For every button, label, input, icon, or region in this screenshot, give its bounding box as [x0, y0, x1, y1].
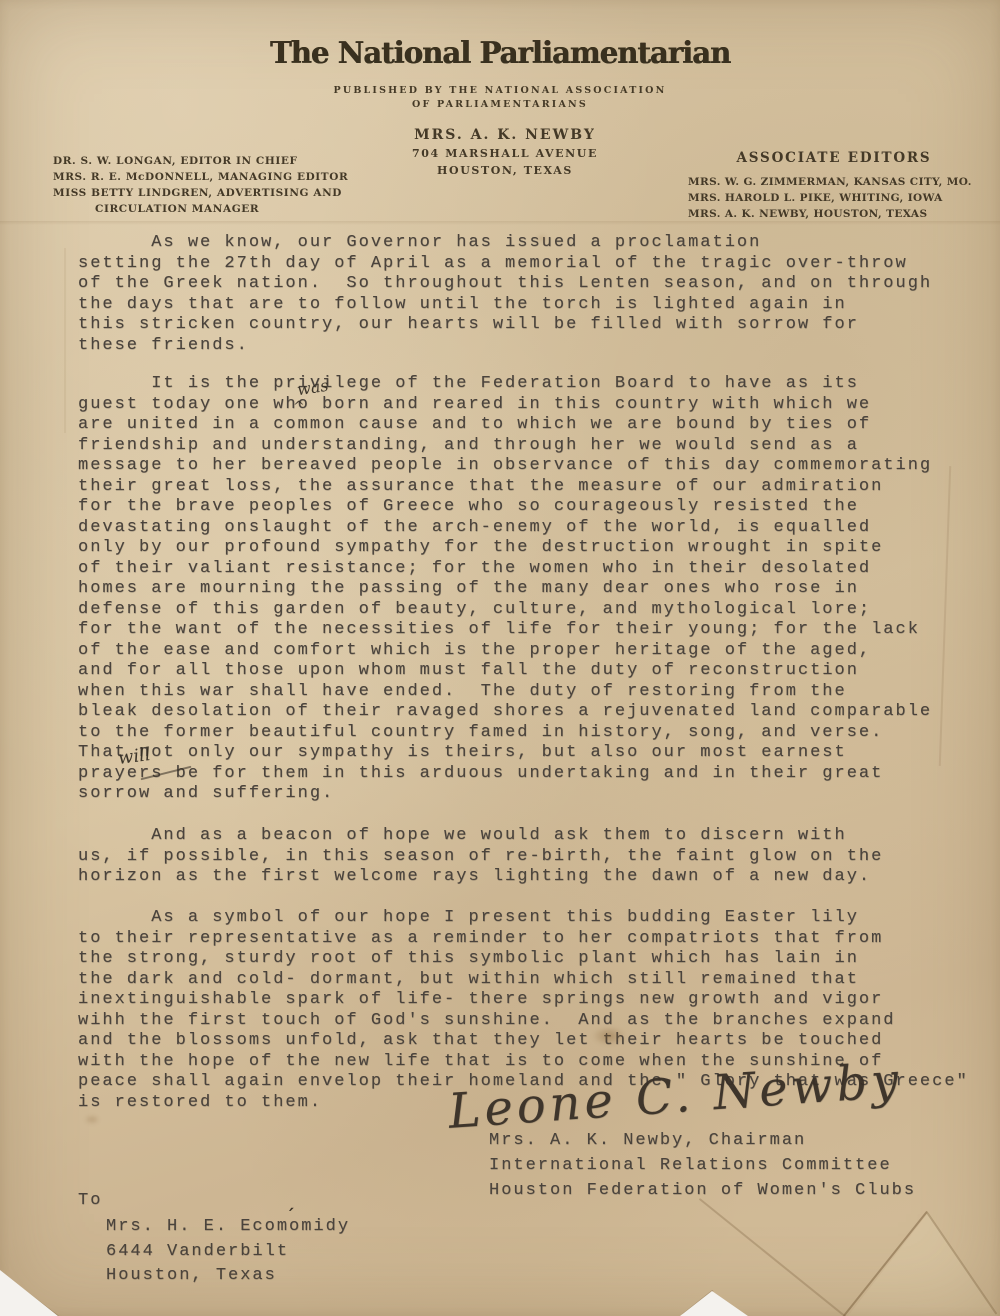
fold-crease-line [926, 1212, 997, 1315]
recipient-label: To [78, 1191, 102, 1212]
publisher-name: MRS. A. K. NEWBY [375, 127, 635, 143]
publisher-address: 704 MARSHALL AVENUE [375, 147, 635, 160]
publication-title: The National Parliamentarian [15, 36, 985, 71]
publication-subtitle-line1: PUBLISHED BY THE NATIONAL ASSOCIATION [0, 85, 1000, 96]
torn-edge-shadow-middle [682, 1290, 714, 1316]
managing-editor: MRS. R. E. McDONNELL, MANAGING EDITOR [53, 169, 353, 185]
associate-editor-2: MRS. HAROLD L. PIKE, WHITING, IOWA [688, 190, 980, 206]
recipient-address-block: Mrs. H. E. Ecomomidy 6444 Vanderbilt Hou… [106, 1215, 350, 1289]
editor-in-chief: DR. S. W. LONGAN, EDITOR IN CHIEF [53, 153, 353, 169]
publication-subtitle-line2: OF PARLIAMENTARIANS [0, 99, 1000, 110]
insertion-caret: ^ [293, 399, 305, 415]
publisher-city: HOUSTON, TEXAS [375, 164, 635, 177]
associate-editors-heading: ASSOCIATE EDITORS [688, 150, 980, 166]
letter-paper-sheet: The National Parliamentarian PUBLISHED B… [0, 0, 1000, 1316]
paper-stain [84, 1114, 100, 1125]
publisher-block: MRS. A. K. NEWBY 704 MARSHALL AVENUE HOU… [375, 127, 635, 177]
torn-edge-shadow-left [0, 1271, 59, 1316]
fold-crease-line [843, 1211, 928, 1316]
associate-editor-3: MRS. A. K. NEWBY, HOUSTON, TEXAS [688, 206, 980, 222]
body-paragraph-3: And as a beacon of hope we would ask the… [78, 826, 883, 888]
handwritten-insert-will: will [117, 744, 152, 769]
body-paragraph-1: As we know, our Governor has issued a pr… [78, 233, 932, 356]
vertical-crease-left [64, 248, 66, 433]
typed-signature-block: Mrs. A. K. Newby, Chairman International… [489, 1128, 916, 1203]
vertical-crease-right [939, 466, 951, 766]
advertising-manager-line1: MISS BETTY LINDGREN, ADVERTISING AND [53, 185, 353, 201]
associate-editor-1: MRS. W. G. ZIMMERMAN, KANSAS CITY, MO. [688, 174, 980, 190]
editors-block: DR. S. W. LONGAN, EDITOR IN CHIEF MRS. R… [53, 153, 353, 217]
fold-crease-line [699, 1198, 847, 1316]
associate-editors-block: ASSOCIATE EDITORS MRS. W. G. ZIMMERMAN, … [688, 150, 980, 222]
body-paragraph-2: It is the privilege of the Federation Bo… [78, 374, 932, 805]
advertising-manager-line2: CIRCULATION MANAGER [53, 201, 353, 217]
